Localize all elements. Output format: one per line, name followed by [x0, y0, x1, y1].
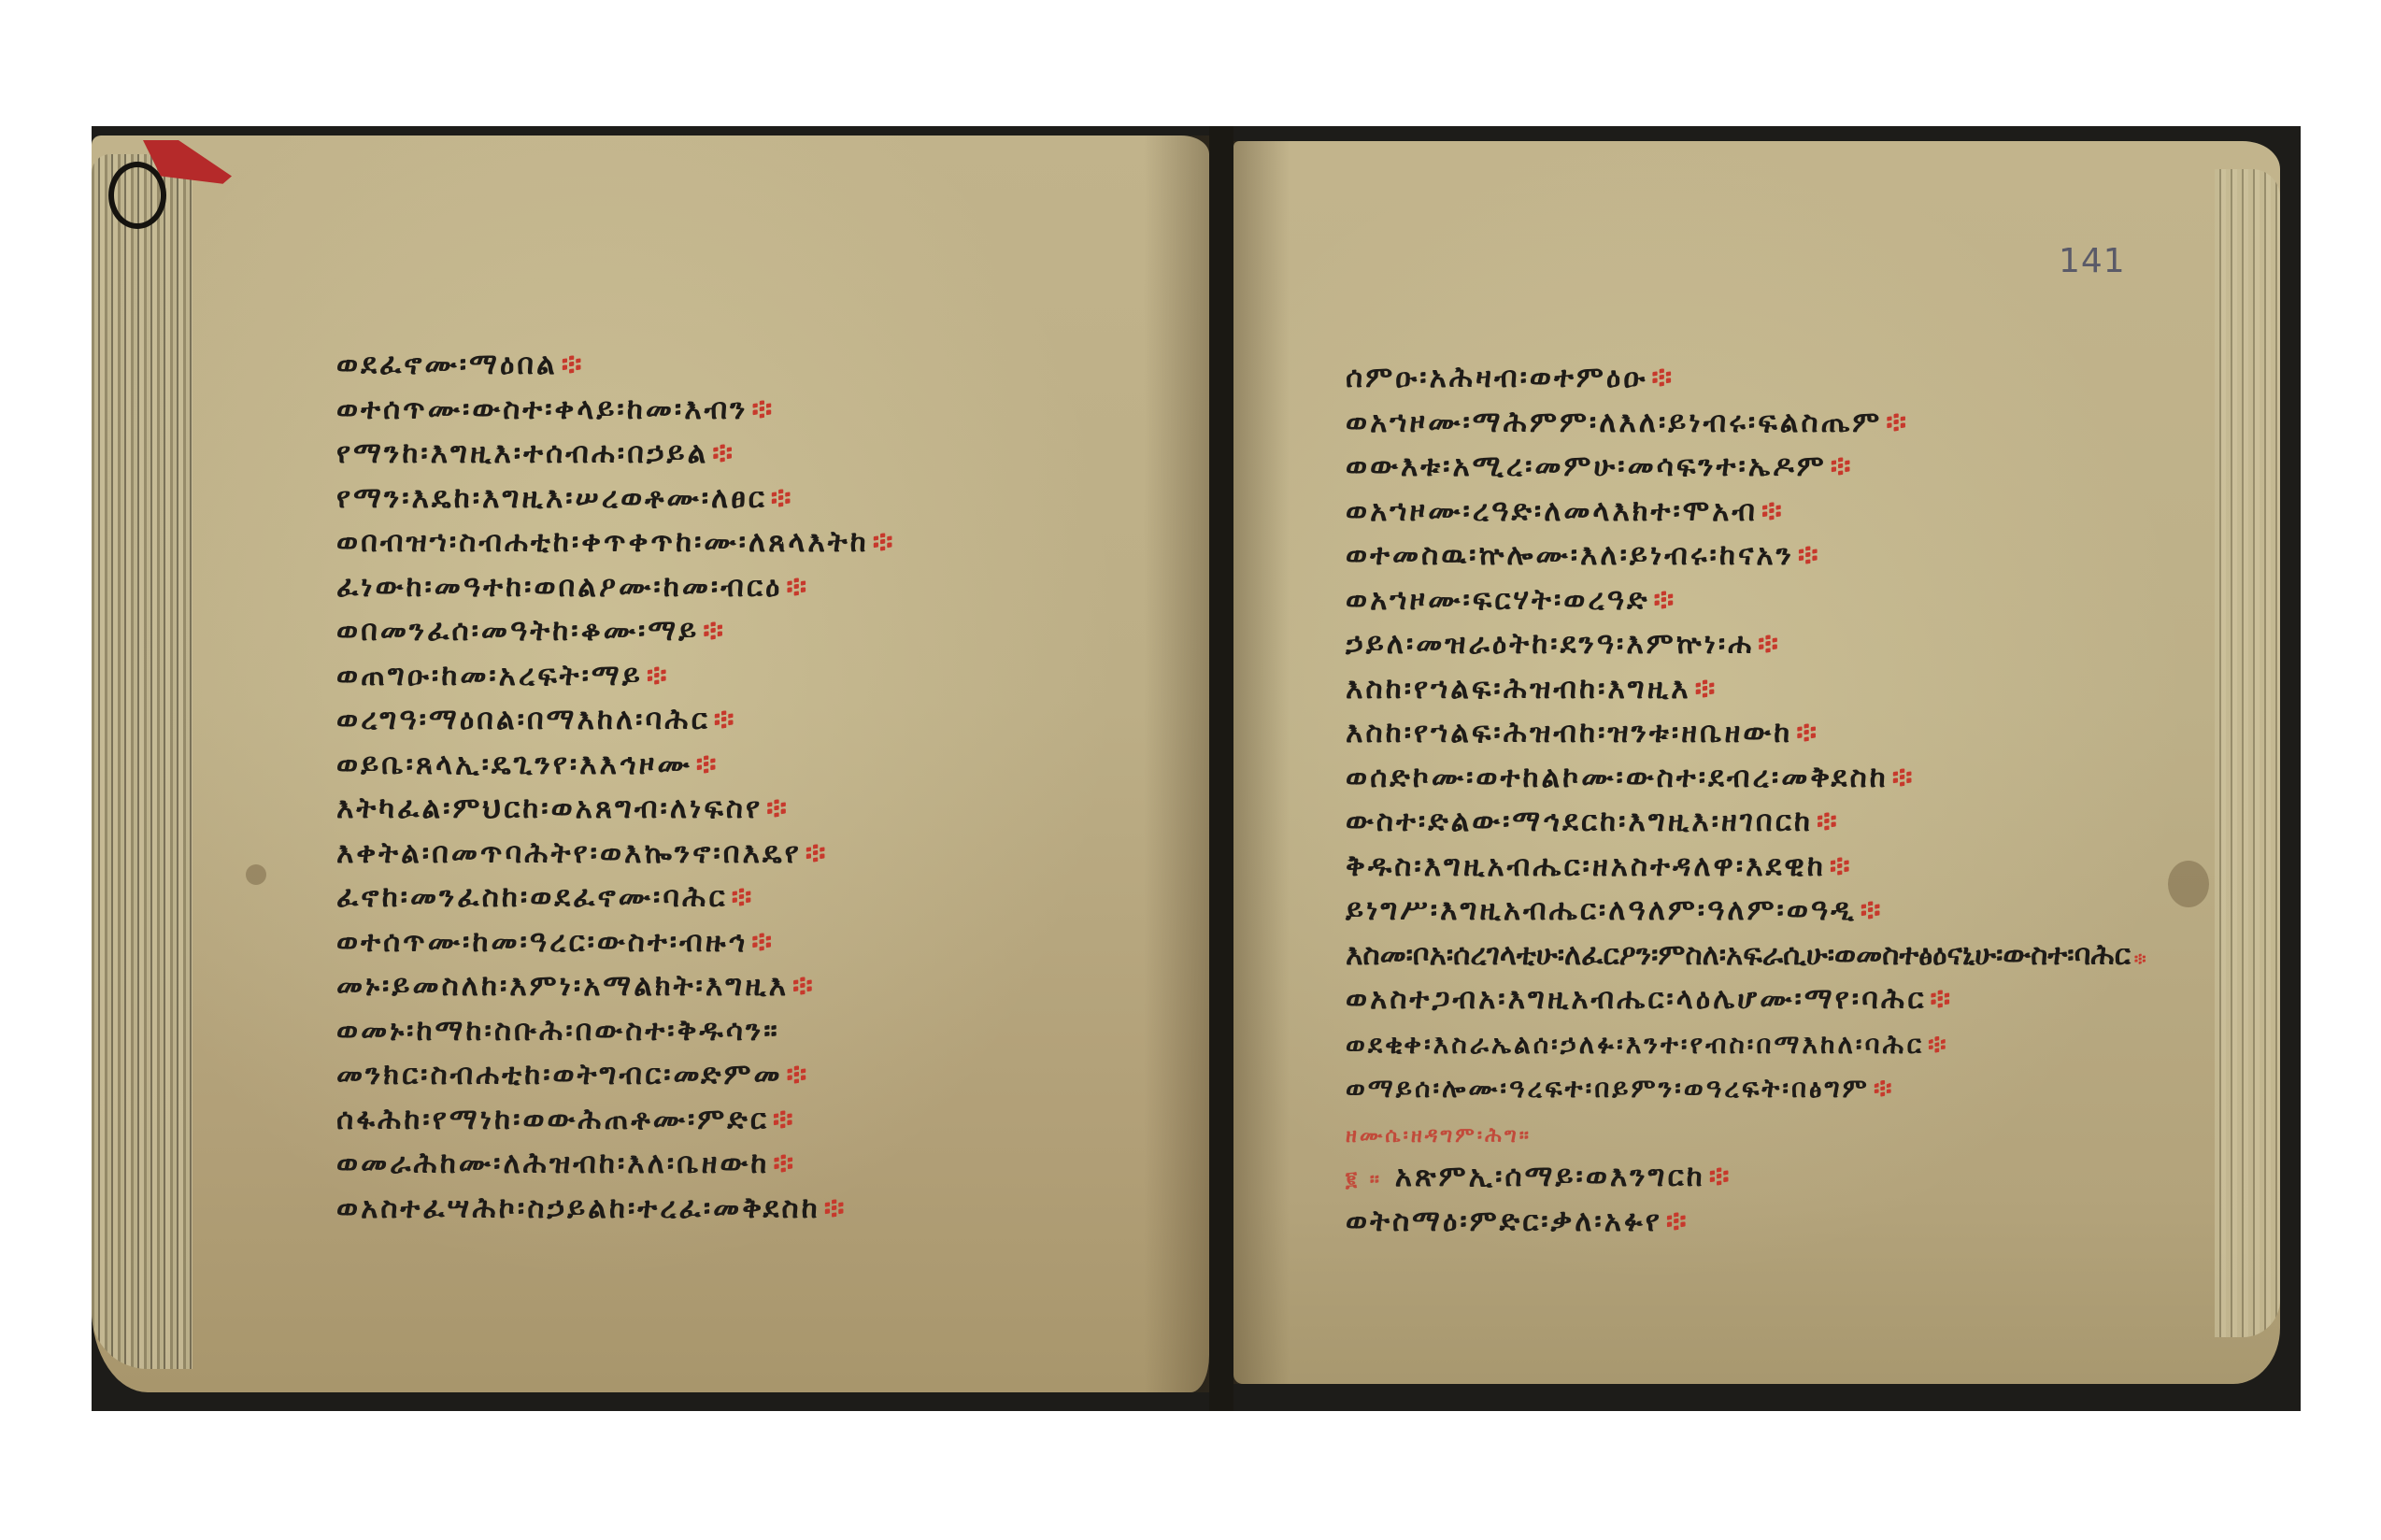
verse-mark-icon: ፨ — [773, 1147, 796, 1180]
left-page-text: ወደፈኖሙ፡ማዕበል፨ ወተሰጥሙ፡ውስተ፡ቀላይ፡ከመ፡እብን፨ የማንከ፡እ… — [336, 343, 896, 1231]
text-line: ይነግሥ፡እግዚአብሔር፡ለዓለም፡ዓለም፡ወዓዲ፨ — [1346, 889, 2146, 934]
verse-mark-icon: ፨ — [1874, 1073, 1895, 1104]
text-line: ወመራሕከሙ፡ለሕዝብከ፡እለ፡ቤዘውከ፨ — [336, 1142, 896, 1187]
book-spine — [1209, 126, 1233, 1411]
text-line: ፈኖከ፡መንፈስከ፡ወደፈኖሙ፡ባሕር፨ — [336, 876, 896, 920]
verse-mark-icon: ፨ — [751, 925, 775, 959]
verse-mark-icon: ፨ — [766, 791, 790, 825]
folio-number: 141 — [2059, 242, 2126, 280]
left-fore-edge — [92, 154, 192, 1369]
text-line: ወውእቱ፡አሚረ፡መምሁ፡መሳፍንተ፡ኤዶም፨ — [1346, 445, 2146, 490]
verse-mark-icon: ፨ — [714, 703, 737, 736]
verse-mark-icon: ፨ — [1928, 1029, 1949, 1060]
verse-mark-icon: ፨ — [1651, 361, 1675, 394]
verse-mark-icon: ፨ — [696, 748, 720, 781]
verse-mark-icon: ፨ — [1653, 583, 1676, 617]
verse-mark-icon: ፨ — [873, 525, 896, 559]
right-page: 141 ሰምዑ፡አሕዛብ፡ወተምዕዑ፨ ወአኀዞሙ፡ማሕምም፡ለእለ፡ይነብሩ፡… — [1233, 141, 2280, 1384]
verse-mark-icon: ፨ — [1831, 449, 1854, 483]
verse-mark-icon: ፨ — [1817, 805, 1840, 838]
left-gutter-shadow — [1144, 135, 1209, 1392]
text-line: ኃይለ፡መዝራዕትከ፡ደንዓ፡እምኵነ፡ሐ፨ — [1346, 622, 2146, 667]
manuscript-photo: ወደፈኖሙ፡ማዕበል፨ ወተሰጥሙ፡ውስተ፡ቀላይ፡ከመ፡እብን፨ የማንከ፡እ… — [92, 126, 2301, 1411]
verse-mark-icon: ፨ — [773, 1103, 796, 1136]
text-line: ወጠግዑ፡ከመ፡አረፍት፡ማይ፨ — [336, 654, 896, 699]
text-line: የማን፡እዴከ፡እግዚእ፡ሠረወቶሙ፡ለፀር፨ — [336, 477, 896, 521]
text-line: ወይቤ፡ጸላኢ፡ዴጊንየ፡እእኅዞሙ፨ — [336, 743, 896, 788]
right-page-text: ሰምዑ፡አሕዛብ፡ወተምዕዑ፨ ወአኀዞሙ፡ማሕምም፡ለእለ፡ይነብሩ፡ፍልስጤ… — [1346, 356, 2146, 1244]
verse-mark-icon: ፨ — [647, 659, 670, 692]
verse-mark-icon: ፨ — [786, 1058, 809, 1091]
bookmark-string-icon — [108, 162, 166, 229]
text-line: ሰምዑ፡አሕዛብ፡ወተምዕዑ፨ — [1346, 356, 2146, 401]
rubric-heading: ዘሙሴ፡ዘዳግም፡ሕግ። — [1346, 1111, 2146, 1156]
text-line: ቅዱስ፡እግዚአብሔር፡ዘአስተዳለዋ፡እደዊከ፨ — [1346, 845, 2146, 890]
text-line: ፈነውከ፡መዓተከ፡ወበልዖሙ፡ከመ፡ብርዕ፨ — [336, 565, 896, 610]
verse-number: ፪ ። — [1346, 1168, 1382, 1191]
text-line: እስከ፡የኀልፍ፡ሕዝብከ፡እግዚእ፨ — [1346, 667, 2146, 712]
text-line: ወአኀዞሙ፡ረዓድ፡ለመላእክተ፡ሞአብ፨ — [1346, 490, 2146, 535]
verse-mark-icon: ፨ — [1695, 672, 1718, 706]
verse-mark-icon: ፨ — [751, 392, 775, 426]
verse-mark-icon: ፨ — [1796, 716, 1819, 749]
verse-mark-icon: ፨ — [1666, 1205, 1690, 1238]
ink-stain — [246, 864, 266, 885]
verse-mark-icon: ፨ — [1930, 982, 1953, 1016]
text-line: ወአኀዞሙ፡ፍርሃት፡ወረዓድ፨ — [1346, 578, 2146, 623]
text-line: ሰፋሕከ፡የማነከ፡ወውሕጠቶሙ፡ምድር፨ — [336, 1098, 896, 1143]
text-line: ወረግዓ፡ማዕበል፡በማእከለ፡ባሕር፨ — [336, 698, 896, 743]
text-line: ወተሰጥሙ፡ውስተ፡ቀላይ፡ከመ፡እብን፨ — [336, 388, 896, 433]
left-page: ወደፈኖሙ፡ማዕበል፨ ወተሰጥሙ፡ውስተ፡ቀላይ፡ከመ፡እብን፨ የማንከ፡እ… — [92, 135, 1209, 1392]
text-line: ወአስተጋብአ፡እግዚአብሔር፡ላዕሌሆሙ፡ማየ፡ባሕር፨ — [1346, 977, 2146, 1022]
verse-mark-icon: ፨ — [771, 481, 794, 515]
text-line: እትካፈል፡ምህርከ፡ወአጸግብ፡ለነፍስየ፨ — [336, 787, 896, 832]
verse-mark-icon: ፨ — [2134, 949, 2146, 969]
right-fore-edge — [2215, 169, 2280, 1337]
text-line: እቀትል፡በመጥባሕትየ፡ወእኰንኖ፡በእዴየ፨ — [336, 832, 896, 877]
text-line: መኑ፡ይመስለከ፡እምነ፡አማልክት፡እግዚእ፨ — [336, 964, 896, 1009]
text-line-marginal: እስመ፡ቦአ፡ሰረገላቲሁ፡ለፈርዖን፡ምስለ፡አፍራሲሁ፡ወመስተፅዕናኒሁ፡… — [1346, 934, 2146, 978]
right-gutter-shadow — [1233, 141, 1290, 1384]
verse-mark-icon: ፨ — [1861, 893, 1884, 927]
text-line: ወተመስዉ፡ኵሎሙ፡እለ፡ይነብሩ፡ከናአን፨ — [1346, 534, 2146, 578]
verse-mark-icon: ፨ — [1892, 761, 1916, 794]
text-line: ወሰድኮሙ፡ወተከልኮሙ፡ውስተ፡ደብረ፡መቅደስከ፨ — [1346, 756, 2146, 801]
verse-mark-icon: ፨ — [1798, 538, 1821, 572]
verse-mark-icon: ፨ — [1758, 627, 1781, 661]
verse-mark-icon: ፨ — [732, 880, 755, 914]
text-line: ወበብዝኀ፡ስብሐቲከ፡ቀጥቀጥከ፡ሙ፡ለጸላእትከ፨ — [336, 520, 896, 565]
verse-mark-icon: ፨ — [1709, 1160, 1732, 1193]
text-line: ወአስተፈሣሕኮ፡ስኃይልከ፡ተረፈ፡መቅደስከ፨ — [336, 1187, 896, 1232]
verse-mark-icon: ፨ — [562, 348, 585, 381]
verse-mark-icon: ፨ — [786, 570, 809, 604]
text-line: ወተሰጥሙ፡ከመ፡ዓረር፡ውስተ፡ብዙኅ፨ — [336, 920, 896, 965]
verse-mark-icon: ፨ — [792, 969, 816, 1003]
text-line-numbered: ፪ ። አጽምኢ፡ሰማይ፡ወእንግርከ፨ — [1346, 1155, 2146, 1200]
text-line: ወደቂቀ፡እስራኤልሰ፡ኃለፉ፡እንተ፡የብስ፡በማእከለ፡ባሕር፨ — [1346, 1022, 2146, 1067]
verse-mark-icon: ፨ — [806, 836, 829, 870]
text-line: የማንከ፡እግዚእ፡ተሰብሐ፡በኃይል፨ — [336, 432, 896, 477]
verse-mark-icon: ፨ — [712, 436, 735, 470]
text-line: ውስተ፡ድልው፡ማኅደርከ፡እግዚእ፡ዘገበርከ፨ — [1346, 800, 2146, 845]
text-line: ወደፈኖሙ፡ማዕበል፨ — [336, 343, 896, 388]
text-line: ወአኀዞሙ፡ማሕምም፡ለእለ፡ይነብሩ፡ፍልስጤም፨ — [1346, 401, 2146, 446]
text-line: እስከ፡የኀልፍ፡ሕዝብከ፡ዝንቱ፡ዘቤዘውከ፨ — [1346, 711, 2146, 756]
text-line: ወበመንፈሰ፡መዓትከ፡ቆሙ፡ማይ፨ — [336, 609, 896, 654]
verse-mark-icon: ፨ — [1886, 406, 1909, 439]
ink-stain — [2168, 861, 2209, 907]
verse-mark-icon: ፨ — [1830, 849, 1853, 883]
verse-mark-icon: ፨ — [703, 614, 726, 648]
text-line: መንክር፡ስብሐቲከ፡ወትግብር፡መድምመ፨ — [336, 1053, 896, 1098]
verse-mark-icon: ፨ — [1761, 494, 1785, 528]
verse-mark-icon: ፨ — [824, 1191, 848, 1225]
text-line: ወትስማዕ፡ምድር፡ቃለ፡አፉየ፨ — [1346, 1200, 2146, 1245]
text-line: ወማይሰ፡ሎሙ፡ዓረፍተ፡በይምን፡ወዓረፍት፡በፅግም፨ — [1346, 1066, 2146, 1111]
text-line: ወመኑ፡ከማከ፡ስቡሕ፡በውስተ፡ቅዱሳን። — [336, 1009, 896, 1054]
